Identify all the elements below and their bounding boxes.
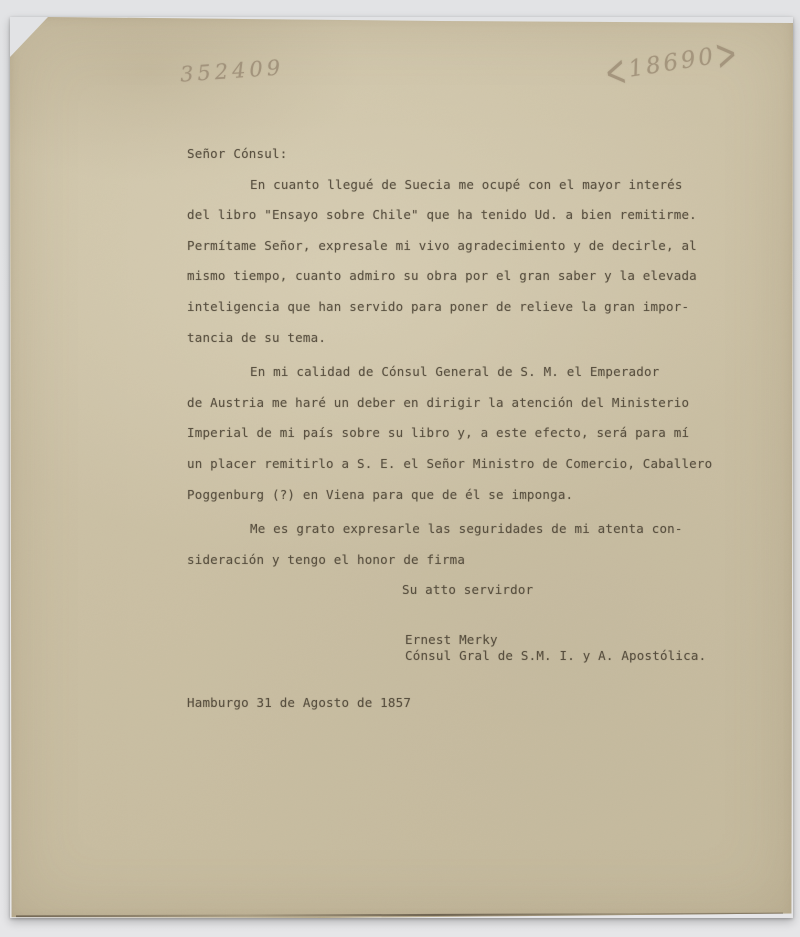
letter-line: mismo tiempo, cuanto admiro su obra por … bbox=[187, 261, 747, 292]
signature-title: Cónsul Gral de S.M. I. y A. Apostólica. bbox=[405, 648, 747, 665]
letter-body: Señor Cónsul: En cuanto llegué de Suecia… bbox=[187, 139, 747, 719]
letter-line: del libro "Ensayo sobre Chile" que ha te… bbox=[187, 200, 747, 231]
accession-digits: 18690 bbox=[627, 43, 718, 82]
letter-line: tancia de su tema. bbox=[187, 323, 747, 354]
scanned-letter-page: { "page": { "background_color": "#e4e4e6… bbox=[0, 0, 800, 937]
letter-line: Me es grato expresarle las seguridades d… bbox=[187, 514, 747, 545]
closing-line: Su atto servirdor bbox=[187, 575, 747, 606]
signature-block: Ernest Merky Cónsul Gral de S.M. I. y A.… bbox=[187, 632, 747, 665]
pencil-catalog-number: 352409 bbox=[179, 55, 285, 86]
angle-bracket-open: < bbox=[601, 44, 633, 98]
letter-line: En cuanto llegué de Suecia me ocupé con … bbox=[187, 170, 747, 201]
paragraph-2: En mi calidad de Cónsul General de S. M.… bbox=[187, 357, 747, 510]
salutation-line: Señor Cónsul: bbox=[187, 139, 747, 170]
paragraph-1: En cuanto llegué de Suecia me ocupé con … bbox=[187, 170, 747, 354]
paragraph-3: Me es grato expresarle las seguridades d… bbox=[187, 514, 747, 606]
angle-bracket-close: > bbox=[712, 27, 744, 81]
letter-line: Imperial de mi país sobre su libro y, a … bbox=[187, 418, 747, 449]
letter-line: inteligencia que han servido para poner … bbox=[187, 292, 747, 323]
letter-line: Poggenburg (?) en Viena para que de él s… bbox=[187, 480, 747, 511]
letter-line: de Austria me haré un deber en dirigir l… bbox=[187, 388, 747, 419]
letter-line: En mi calidad de Cónsul General de S. M.… bbox=[187, 357, 747, 388]
letter-line: Permítame Señor, expresale mi vivo agrad… bbox=[187, 231, 747, 262]
dateline: Hamburgo 31 de Agosto de 1857 bbox=[187, 688, 747, 719]
signature-name: Ernest Merky bbox=[405, 632, 747, 649]
pencil-accession-number: <18690> bbox=[603, 37, 742, 87]
letter-paper-sheet: 352409 <18690> Señor Cónsul: En cuanto l… bbox=[10, 17, 793, 918]
letter-line: sideración y tengo el honor de firma bbox=[187, 545, 747, 576]
letter-line: un placer remitirlo a S. E. el Señor Min… bbox=[187, 449, 747, 480]
